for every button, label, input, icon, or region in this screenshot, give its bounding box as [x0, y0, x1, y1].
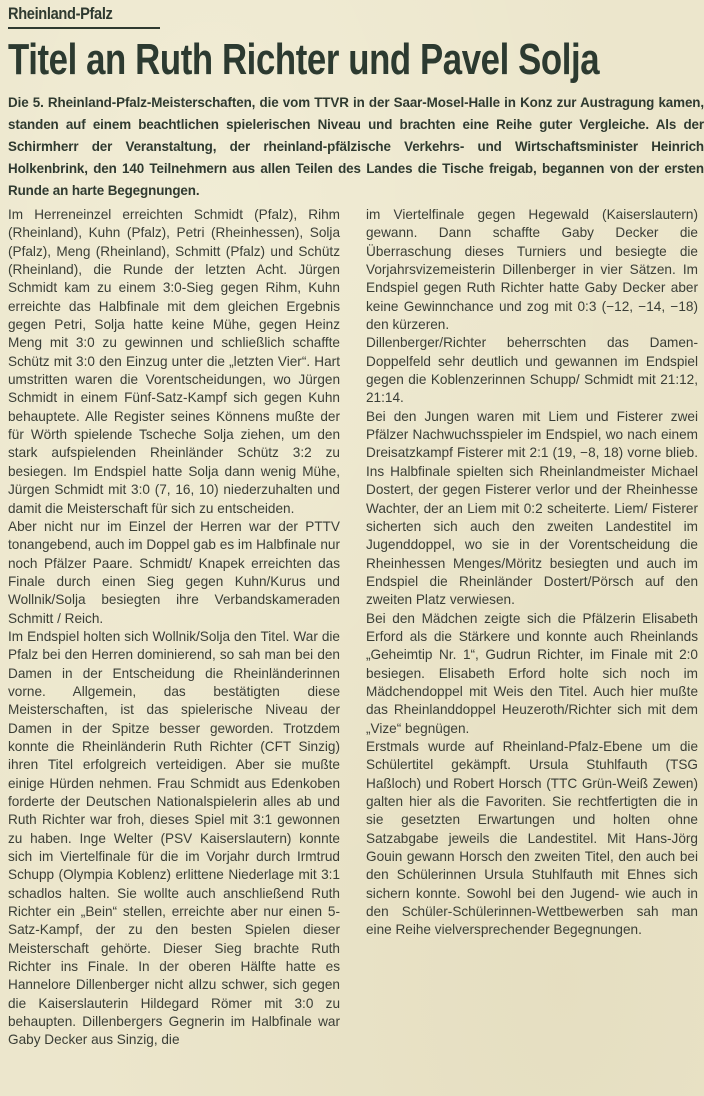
paragraph: Erstmals wurde auf Rheinland-Pfalz-Ebene… [366, 738, 698, 940]
section-label: Rheinland-Pfalz [8, 4, 113, 24]
lead-text: Die 5. Rheinland-Pfalz-Meisterschaften, … [8, 92, 704, 202]
paragraph: Dillenberger/Richter beherrschten das Da… [366, 334, 698, 407]
left-column: Im Herreneinzel erreichten Schmidt (Pfal… [8, 206, 340, 1050]
headline: Titel an Ruth Richter und Pavel Solja [8, 36, 599, 84]
right-column: im Viertelfinale gegen Hegewald (Kaisers… [366, 206, 698, 940]
paragraph: im Viertelfinale gegen Hegewald (Kaisers… [366, 206, 698, 334]
paragraph: Im Herreneinzel erreichten Schmidt (Pfal… [8, 206, 340, 518]
paragraph: Bei den Mädchen zeigte sich die Pfälzeri… [366, 610, 698, 738]
paragraph: Im Endspiel holten sich Wollnik/Solja de… [8, 628, 340, 1050]
paragraph: Aber nicht nur im Einzel der Herren war … [8, 518, 340, 628]
lead-paragraph: Die 5. Rheinland-Pfalz-Meisterschaften, … [8, 92, 704, 202]
paragraph: Bei den Jungen waren mit Liem und Fister… [366, 408, 698, 610]
section-rule-divider [8, 27, 160, 29]
newspaper-page: Rheinland-Pfalz Titel an Ruth Richter un… [0, 0, 704, 1096]
